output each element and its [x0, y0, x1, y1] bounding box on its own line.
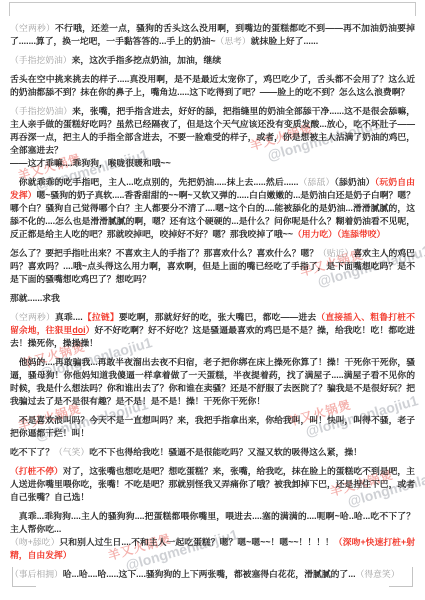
stage-direction: （事后相拥） [10, 569, 63, 579]
body-text: 就抹脸上好了...... [251, 36, 318, 46]
paragraph: 不是喜欢浪叫吗？今天不是一直想叫吗？来，我把手指拿出来，你给我叫，叫！快叫，叫得… [10, 414, 415, 440]
action-direction: doi [72, 325, 85, 335]
body-text: 你就乖乖的吃手指吧，主人...吃点别的，先把奶油.....抹上去.....然后.… [19, 177, 299, 187]
body-text: 不行哦，还差一点，骚狗的舌头这么没用啊，到嘴边的蛋糕都吃不到——再不加油奶油要掉… [10, 23, 415, 46]
stage-direction: （手指挖奶油） [10, 106, 72, 116]
stage-direction: （思考） [216, 36, 251, 46]
body-text: 来，这次手指多挖点奶油，加油，继续 [72, 55, 222, 65]
stage-direction: （气笑） [54, 447, 89, 457]
paragraph: 那就......求我 [10, 292, 415, 305]
body-text: 要吃啊，那就好好的吃，张大嘴巴，都吃——进去 [119, 312, 317, 322]
stage-direction: （空两秒） [10, 23, 55, 33]
body-text: 真乖...乖狗狗....主人的骚狗狗....把蛋糕都喂你嘴里，喂进去....塞的… [10, 511, 415, 534]
paragraph: 怎么了？要把手指吐出来？不喜欢主人的手指了？那喜欢什么？喜欢什么？嗯？（贴近）喜… [10, 247, 415, 286]
paragraph: （空两秒）不行哦，还差一点，骚狗的舌头这么没用啊，到嘴边的蛋糕都吃不到——再不加… [10, 22, 415, 48]
paragraph: 吃不下了？（气笑）吃不下也得给我吃！骚逼不是很能吃吗？又湿又软的吸得这么紧，操！ [10, 446, 415, 459]
body-text: 怎么了？要把手指吐出来？不喜欢主人的手指了？那喜欢什么？喜欢什么？嗯？ [10, 248, 318, 258]
document-body: （空两秒）不行哦，还差一点，骚狗的舌头这么没用啊，到嘴边的蛋糕都吃不到——再不加… [10, 22, 415, 587]
body-text: 真乖.... [55, 312, 83, 322]
stage-direction: （得意笑） [356, 569, 400, 579]
body-text: 只和别人过生日....不和主人一起吃蛋糕？嗯？嗯~嗯~~！嗯~~！！！！ [59, 537, 334, 547]
paragraph: 舌头在空中挑来挑去的样子.....真没用啊，是不是最近太宠你了，鸡巴吃少了，舌头… [10, 73, 415, 99]
action-direction: 【拉链】 [83, 312, 119, 322]
action-direction: ） [86, 325, 95, 335]
page-boundary-top [9, 2, 416, 16]
stage-direction: （贴近） [318, 248, 353, 258]
stage-direction: （吻+舔吃） [10, 537, 59, 547]
body-text: 哈...哈....哈.....这下....骚狗狗的上下两张嘴，都被塞得白花花，滑… [63, 569, 356, 579]
action-direction: （用力吃）（连舔带咬） [293, 229, 385, 239]
paragraph: 你就乖乖的吃手指吧，主人...吃点别的，先把奶油.....抹上去.....然后.… [10, 176, 415, 241]
body-text: ——这才乖嘛....乖狗狗，喉咙很暖和哦~~ [10, 158, 171, 168]
body-text: 他妈的....再敢骗我...再敢半夜溜出去夜不归宿，老子把你绑在床上操死你算了！… [10, 357, 415, 406]
body-text: 对了，这张嘴也想吃是吧？想吃蛋糕？来，张嘴，给我吃，抹在脸上的蛋糕吃不到是吧，主… [10, 466, 415, 502]
stage-direction: （舔舐） [298, 177, 334, 187]
body-text: 舌头在空中挑来挑去的样子.....真没用啊，是不是最近太宠你了，鸡巴吃少了，舌头… [10, 74, 415, 97]
paragraph: （事后相拥）哈...哈....哈.....这下....骚狗狗的上下两张嘴，都被塞… [10, 568, 415, 581]
action-direction: （打桩不停） [10, 466, 63, 476]
body-text: （舔奶油） [334, 177, 374, 187]
body-text: 那就......求我 [10, 293, 60, 303]
stage-direction: （手指挖奶油） [10, 55, 72, 65]
paragraph: 真乖...乖狗狗....主人的骚狗狗....把蛋糕都喂你嘴里，喂进去....塞的… [10, 510, 415, 562]
body-text: 吃不下也得给我吃！骚逼不是很能吃吗？又湿又软的吸得这么紧，操！ [89, 447, 362, 457]
paragraph: （手指挖奶油）来，这次手指多挖点奶油，加油，继续 [10, 54, 415, 67]
paragraph: 他妈的....再敢骗我...再敢半夜溜出去夜不归宿，老子把你绑在床上操死你算了！… [10, 356, 415, 408]
body-text: 吃不下了？ [10, 447, 54, 457]
stage-direction: （空两秒） [10, 312, 55, 322]
paragraph: （手指挖奶油）来，张嘴，把手指含进去，好好的舔，把指缝里的奶油全部舔干净....… [10, 105, 415, 170]
paragraph: （打桩不停）对了，这张嘴也想吃是吧？想吃蛋糕？来，张嘴，给我吃，抹在脸上的蛋糕吃… [10, 465, 415, 504]
paragraph: （空两秒）真乖....【拉链】要吃啊，那就好好的吃，张大嘴巴，都吃——进去（直接… [10, 311, 415, 350]
body-text: 不是喜欢浪叫吗？今天不是一直想叫吗？来，我把手指拿出来，你给我叫，叫！快叫，叫得… [10, 415, 415, 438]
